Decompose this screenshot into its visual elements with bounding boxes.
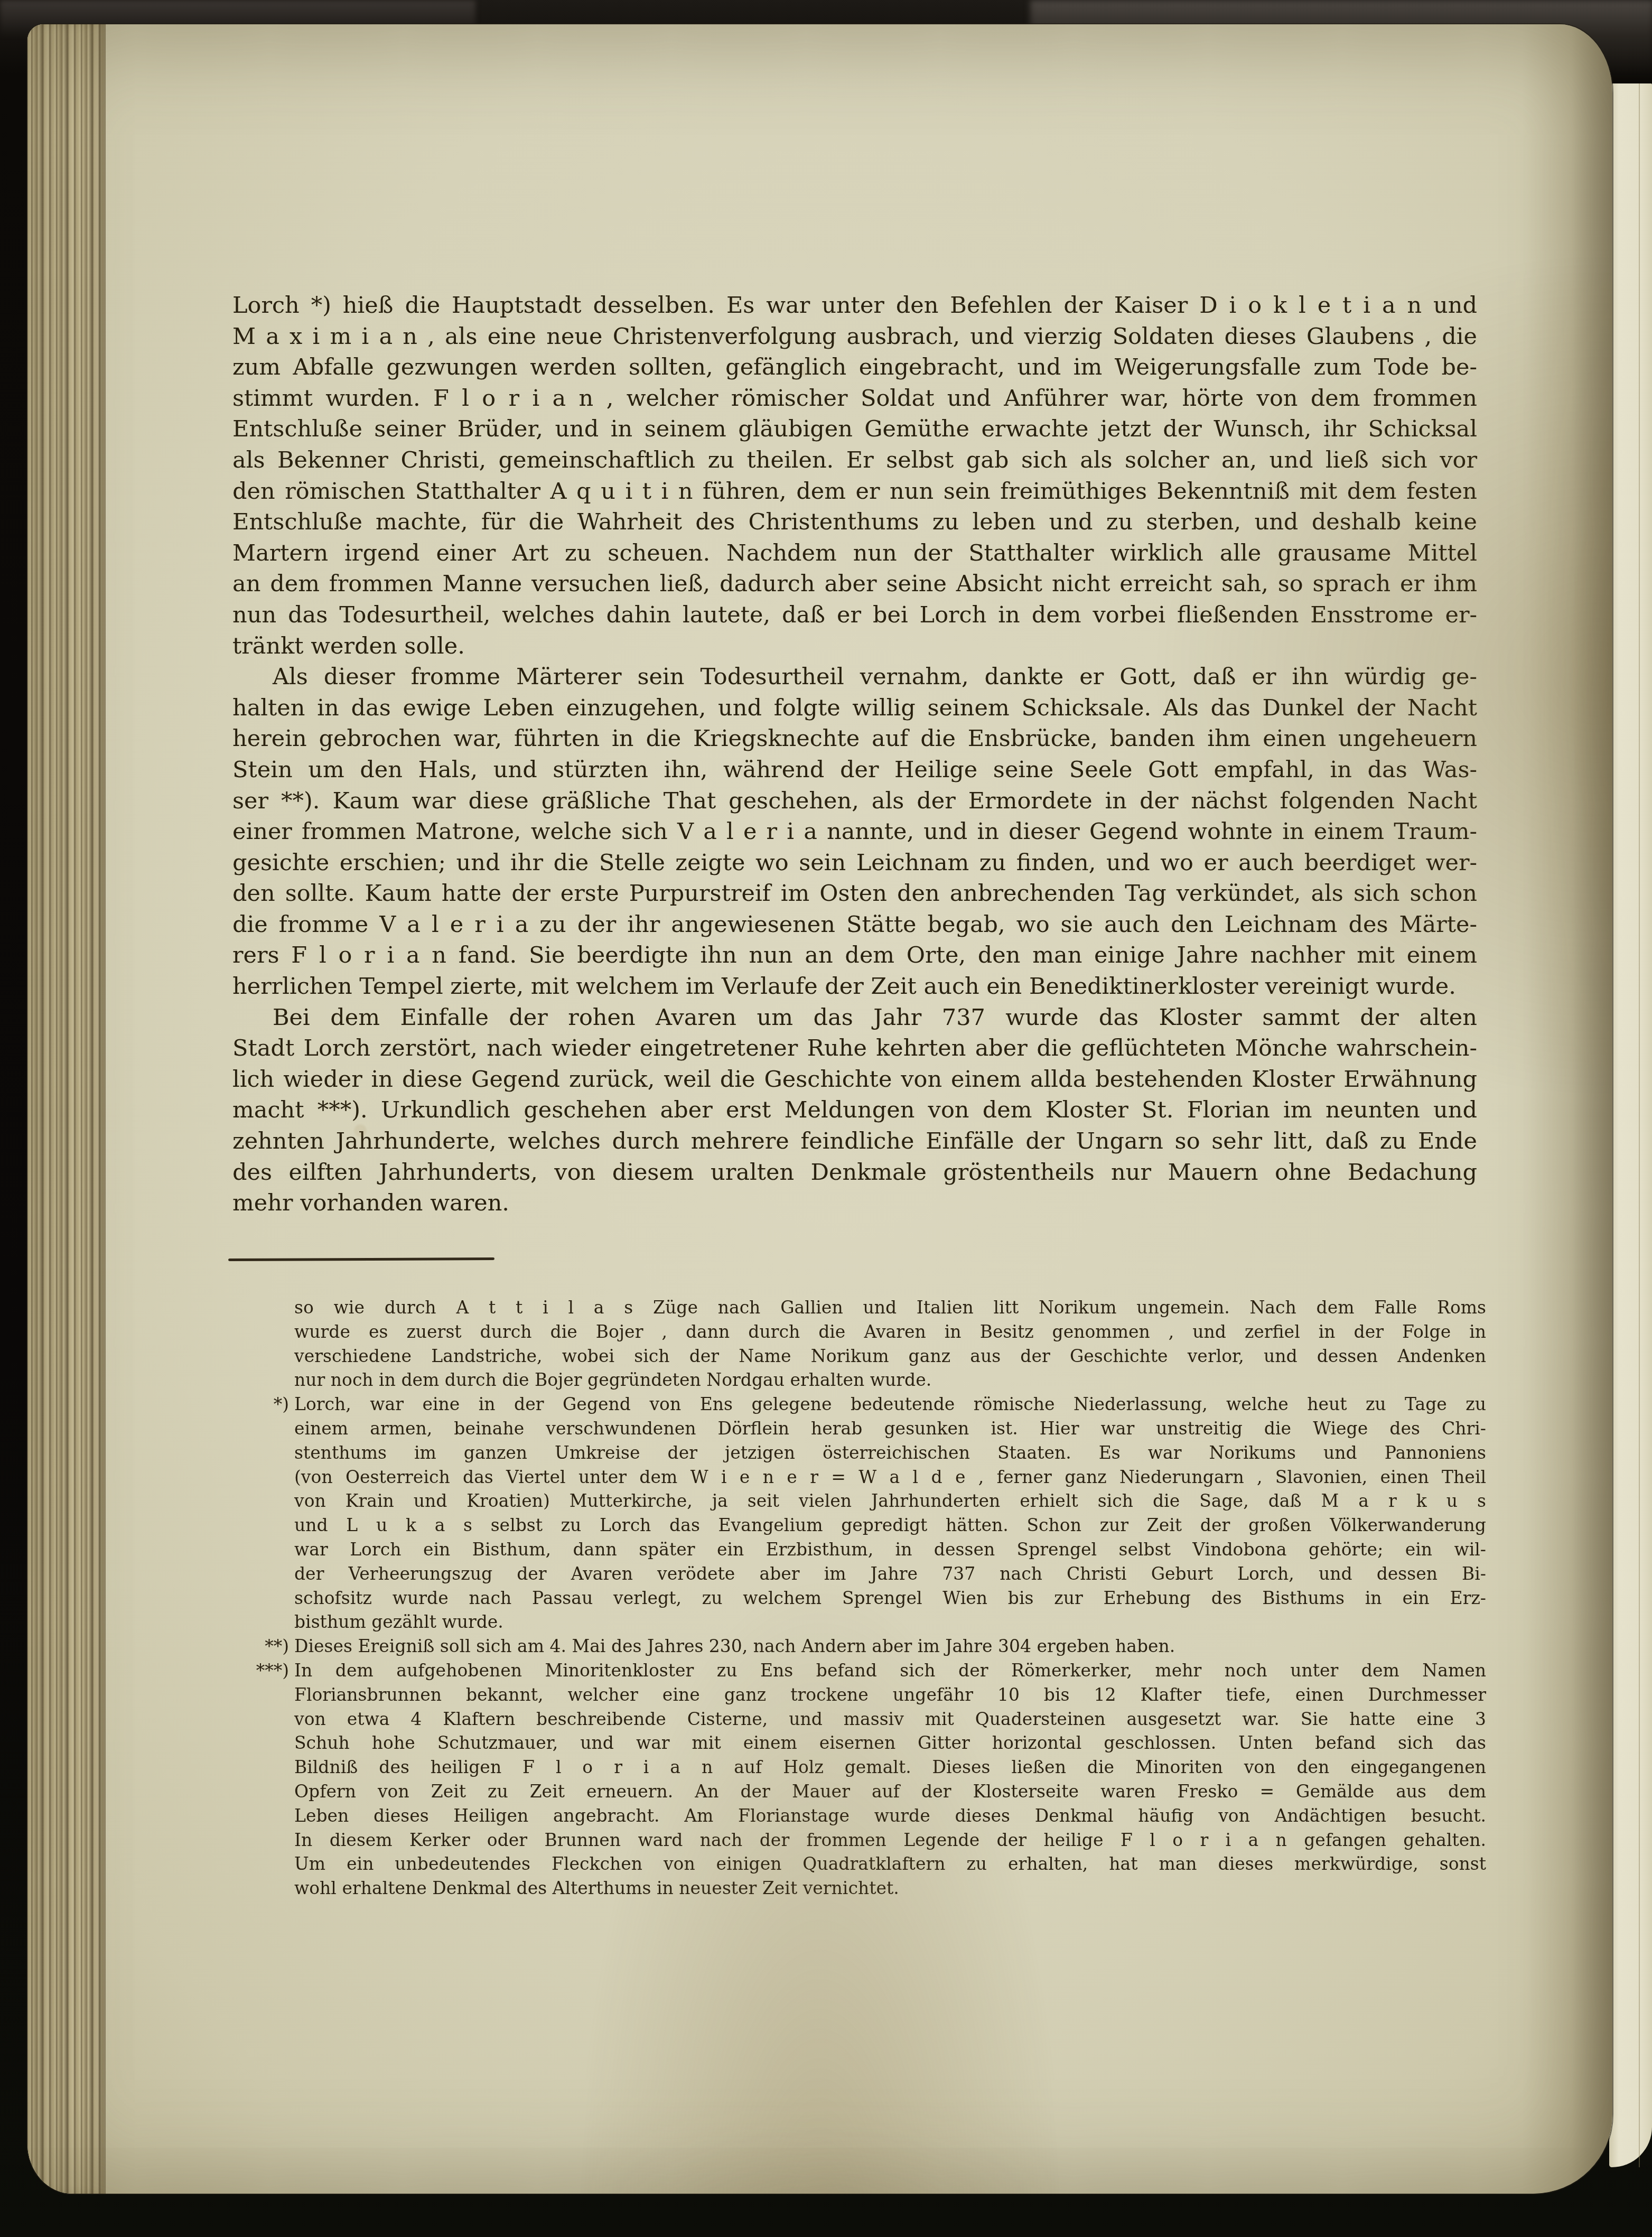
footnote-line: einem armen, beinahe verschwundenen Dörf…: [294, 1416, 1486, 1441]
text-line: lich wieder in diese Gegend zurück, weil…: [232, 1064, 1477, 1095]
text-line: die fromme V a l e r i a zu der ihr ange…: [232, 909, 1477, 940]
footnote-text: Bildniß des heiligen F l o r i a n auf H…: [294, 1757, 1486, 1777]
footnote-line: war Lorch ein Bisthum, dann später ein E…: [294, 1537, 1486, 1562]
text-line: Entschluße seiner Brüder, und in seinem …: [232, 414, 1477, 445]
text-line: macht ***). Urkundlich geschehen aber er…: [232, 1095, 1477, 1126]
book-scan-scene: Lorch *) hieß die Hauptstadt desselben. …: [0, 0, 1652, 2237]
footnote-line: und L u k a s selbst zu Lorch das Evange…: [294, 1513, 1486, 1537]
text-line: herrlichen Tempel zierte, mit welchem im…: [232, 971, 1477, 1002]
footnote-line: von Krain und Kroatien) Mutterkirche, ja…: [294, 1489, 1486, 1513]
footnote-marker: ***): [256, 1658, 289, 1683]
text-line: an dem frommen Manne versuchen ließ, dad…: [232, 568, 1477, 600]
text-line: Entschluße machte, für die Wahrheit des …: [232, 507, 1477, 538]
text-line: zum Abfalle gezwungen werden sollten, ge…: [232, 352, 1477, 383]
text-line: M a x i m i a n , als eine neue Christen…: [232, 321, 1477, 352]
footnote-line: **)Dieses Ereigniß soll sich am 4. Mai d…: [294, 1634, 1486, 1658]
footnote-line: Floriansbrunnen bekannt, welcher eine ga…: [294, 1683, 1486, 1707]
footnote-text: und L u k a s selbst zu Lorch das Evange…: [294, 1515, 1486, 1535]
text-line: Stein um den Hals, und stürzten ihn, wäh…: [232, 754, 1477, 786]
footnote-line: In diesem Kerker oder Brunnen ward nach …: [294, 1828, 1486, 1852]
footnote-marker: **): [265, 1634, 289, 1658]
footnote-line: Um ein unbedeutendes Fleckchen von einig…: [294, 1852, 1486, 1876]
footnote-text: einem armen, beinahe verschwundenen Dörf…: [294, 1418, 1486, 1439]
footnote-line: ***)In dem aufgehobenen Minoritenkloster…: [294, 1658, 1486, 1683]
footnote-marker: *): [274, 1392, 289, 1416]
text-line: Als dieser fromme Märterer sein Todesurt…: [232, 661, 1477, 693]
text-line: Martern irgend einer Art zu scheuen. Nac…: [232, 538, 1477, 569]
footnote-text: Opfern von Zeit zu Zeit erneuern. An der…: [294, 1781, 1486, 1802]
text-line: Stadt Lorch zerstört, nach wieder einget…: [232, 1033, 1477, 1064]
footnote-line: so wie durch A t t i l a s Züge nach Gal…: [294, 1295, 1486, 1320]
gutter-shadow: [1522, 24, 1612, 2194]
footnote-line: (von Oesterreich das Viertel unter dem W…: [294, 1465, 1486, 1489]
text-line: nun das Todesurtheil, welches dahin laut…: [232, 600, 1477, 631]
text-line: den sollte. Kaum hatte der erste Purpurs…: [232, 878, 1477, 909]
footnote-line: von etwa 4 Klaftern beschreibende Cister…: [294, 1707, 1486, 1731]
footnote-line: schofsitz wurde nach Passau verlegt, zu …: [294, 1586, 1486, 1610]
text-line: den römischen Statthalter A q u i t i n …: [232, 476, 1477, 507]
footnote-text: Dieses Ereigniß soll sich am 4. Mai des …: [294, 1636, 1175, 1656]
footnote-line: stenthums im ganzen Umkreise der jetzige…: [294, 1441, 1486, 1465]
footnote-text: Um ein unbedeutendes Fleckchen von einig…: [294, 1853, 1486, 1874]
text-line: des eilften Jahrhunderts, von diesem ura…: [232, 1157, 1477, 1188]
fore-edge-page-stack: [27, 24, 106, 2194]
footnote-text: wurde es zuerst durch die Bojer , dann d…: [294, 1321, 1486, 1342]
footnote-line: bisthum gezählt wurde.: [294, 1610, 1486, 1634]
text-line: tränkt werden solle.: [232, 631, 1477, 662]
footnote-line: wurde es zuerst durch die Bojer , dann d…: [294, 1320, 1486, 1344]
text-line: Bei dem Einfalle der rohen Avaren um das…: [232, 1002, 1477, 1033]
text-line: Lorch *) hieß die Hauptstadt desselben. …: [232, 290, 1477, 321]
text-line: mehr vorhanden waren.: [232, 1188, 1477, 1219]
adjacent-page-crease: [1639, 83, 1640, 2167]
footnote-block: so wie durch A t t i l a s Züge nach Gal…: [294, 1295, 1486, 1900]
footnote-text: so wie durch A t t i l a s Züge nach Gal…: [294, 1297, 1486, 1318]
footnote-line: nur noch in dem durch die Bojer gegründe…: [294, 1368, 1486, 1392]
footnote-text: von etwa 4 Klaftern beschreibende Cister…: [294, 1709, 1486, 1729]
footnote-line: Schuh hohe Schutzmauer, und war mit eine…: [294, 1731, 1486, 1755]
footnote-line: Leben dieses Heiligen angebracht. Am Flo…: [294, 1804, 1486, 1828]
text-line: stimmt wurden. F l o r i a n , welcher r…: [232, 383, 1477, 414]
footnote-text: In dem aufgehobenen Minoritenkloster zu …: [294, 1660, 1486, 1681]
footnote-text: In diesem Kerker oder Brunnen ward nach …: [294, 1830, 1486, 1850]
footnote-text: Floriansbrunnen bekannt, welcher eine ga…: [294, 1684, 1486, 1705]
footnote-line: verschiedene Landstriche, wobei sich der…: [294, 1344, 1486, 1368]
footnote-text: der Verheerungszug der Avaren verödete a…: [294, 1563, 1486, 1584]
text-line: zehnten Jahrhunderte, welches durch mehr…: [232, 1126, 1477, 1157]
footnote-line: Bildniß des heiligen F l o r i a n auf H…: [294, 1755, 1486, 1779]
footnote-line: Opfern von Zeit zu Zeit erneuern. An der…: [294, 1779, 1486, 1804]
footnote-text: schofsitz wurde nach Passau verlegt, zu …: [294, 1588, 1486, 1608]
footnote-line: der Verheerungszug der Avaren verödete a…: [294, 1562, 1486, 1586]
footnote-line: *)Lorch, war eine in der Gegend von Ens …: [294, 1392, 1486, 1416]
footnote-text: bisthum gezählt wurde.: [294, 1611, 503, 1632]
footnote-text: Lorch, war eine in der Gegend von Ens ge…: [294, 1394, 1486, 1414]
footnote-text: Schuh hohe Schutzmauer, und war mit eine…: [294, 1732, 1486, 1753]
text-line: ser **). Kaum war diese gräßliche That g…: [232, 786, 1477, 817]
main-text: Lorch *) hieß die Hauptstadt desselben. …: [232, 290, 1477, 1219]
text-line: gesichte erschien; und ihr die Stelle ze…: [232, 847, 1477, 879]
footnote-text: Leben dieses Heiligen angebracht. Am Flo…: [294, 1805, 1486, 1826]
footnote-text: nur noch in dem durch die Bojer gegründe…: [294, 1369, 931, 1390]
text-line: einer frommen Matrone, welche sich V a l…: [232, 816, 1477, 847]
adjacent-page-edge: [1609, 83, 1652, 2167]
text-line: rers F l o r i a n fand. Sie beerdigte i…: [232, 940, 1477, 971]
footnote-text: wohl erhaltene Denkmal des Alterthums in…: [294, 1878, 899, 1898]
text-line: als Bekenner Christi, gemeinschaftlich z…: [232, 445, 1477, 476]
footnote-text: (von Oesterreich das Viertel unter dem W…: [294, 1467, 1486, 1487]
footnote-text: war Lorch ein Bisthum, dann später ein E…: [294, 1539, 1486, 1560]
text-line: halten in das ewige Leben einzugehen, un…: [232, 693, 1477, 724]
footnote-text: von Krain und Kroatien) Mutterkirche, ja…: [294, 1490, 1486, 1511]
footnote-text: stenthums im ganzen Umkreise der jetzige…: [294, 1442, 1486, 1463]
text-line: herein gebrochen war, führten in die Kri…: [232, 723, 1477, 754]
footnote-text: verschiedene Landstriche, wobei sich der…: [294, 1346, 1486, 1366]
footnote-line: wohl erhaltene Denkmal des Alterthums in…: [294, 1876, 1486, 1900]
